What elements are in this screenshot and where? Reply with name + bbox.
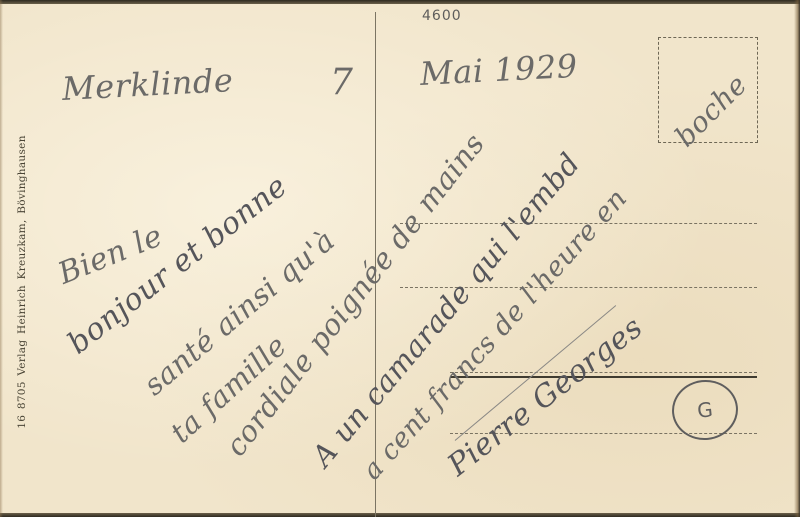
scan-edge-bottom bbox=[0, 513, 800, 517]
dateline-place: Merklinde bbox=[61, 61, 234, 108]
scan-edge-right bbox=[794, 0, 800, 517]
scan-edge-left bbox=[0, 0, 3, 517]
grade-letter: G bbox=[696, 397, 714, 422]
postcard-back: 16 8705 Verlag Heinrich Kreuzkam, Böving… bbox=[0, 0, 800, 517]
address-line-3-solid bbox=[450, 376, 757, 378]
scan-edge-top bbox=[0, 0, 800, 4]
dateline-month-year: Mai 1929 bbox=[419, 47, 578, 93]
dateline-day: 7 bbox=[330, 62, 353, 103]
inventory-number: 4600 bbox=[422, 8, 462, 24]
publisher-imprint: 16 8705 Verlag Heinrich Kreuzkam, Böving… bbox=[16, 135, 28, 429]
